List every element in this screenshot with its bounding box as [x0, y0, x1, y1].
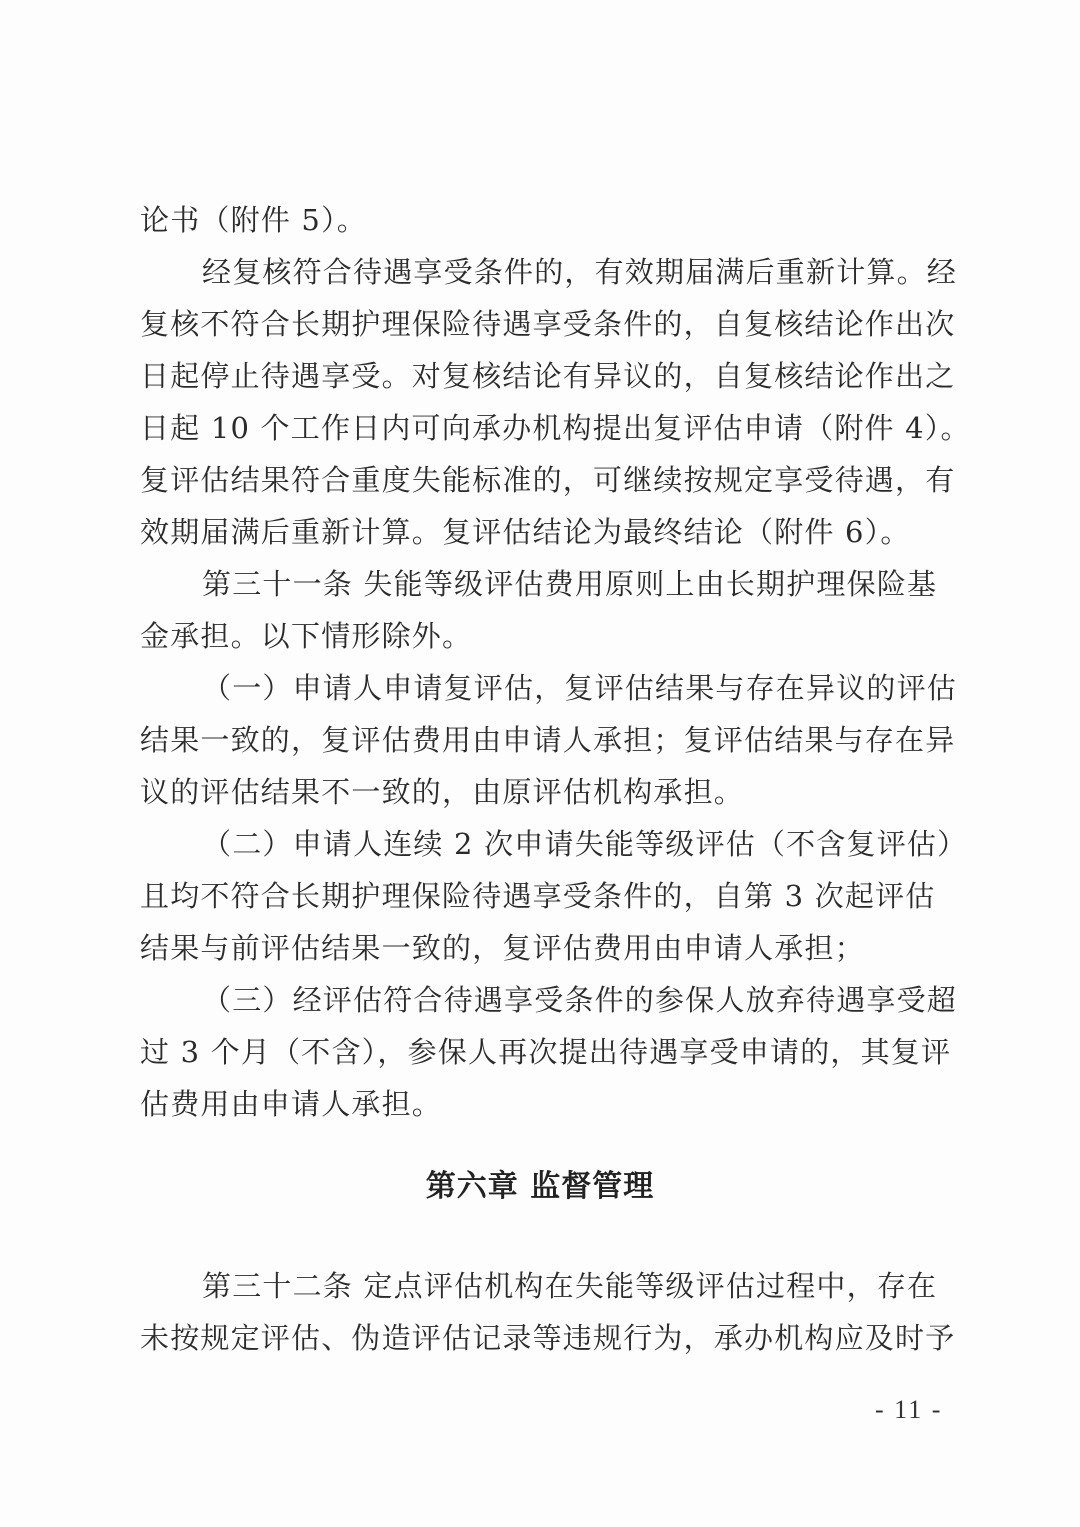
paragraph-line: （一）申请人申请复评估，复评估结果与存在异议的评估: [202, 670, 922, 706]
article-number: 第三十一条: [202, 567, 353, 601]
article-number: 第三十二条: [202, 1269, 353, 1303]
paragraph-line: 金承担。以下情形除外。: [140, 618, 922, 654]
page-number: - 11 -: [875, 1393, 942, 1427]
paragraph-line: 未按规定评估、伪造评估记录等违规行为，承办机构应及时予: [140, 1320, 922, 1356]
paragraph-line: 结果一致的，复评估费用由申请人承担；复评估结果与存在异: [140, 722, 922, 758]
paragraph-line: 议的评估结果不一致的，由原评估机构承担。: [140, 774, 922, 810]
chapter-heading: 第六章 监督管理: [0, 1168, 1080, 1206]
paragraph-line: 复核不符合长期护理保险待遇享受条件的，自复核结论作出次: [140, 306, 922, 342]
article-text: 定点评估机构在失能等级评估过程中，存在: [353, 1269, 937, 1303]
article-text: 失能等级评估费用原则上由长期护理保险基: [353, 567, 937, 601]
paragraph-line: （三）经评估符合待遇享受条件的参保人放弃待遇享受超: [202, 982, 922, 1018]
document-page: 论书（附件 5）。 经复核符合待遇享受条件的，有效期届满后重新计算。经 复核不符…: [0, 0, 1080, 1527]
article-31-line: 第三十一条 失能等级评估费用原则上由长期护理保险基: [202, 566, 922, 602]
paragraph-line: 结果与前评估结果一致的，复评估费用由申请人承担；: [140, 930, 922, 966]
paragraph-line: 估费用由申请人承担。: [140, 1086, 922, 1122]
paragraph-line: 复评估结果符合重度失能标准的，可继续按规定享受待遇，有: [140, 462, 922, 498]
paragraph-line: 经复核符合待遇享受条件的，有效期届满后重新计算。经: [202, 254, 922, 290]
paragraph-line: 日起 10 个工作日内可向承办机构提出复评估申请（附件 4）。: [140, 410, 922, 446]
paragraph-line: （二）申请人连续 2 次申请失能等级评估（不含复评估）: [202, 826, 922, 862]
paragraph-line: 效期届满后重新计算。复评估结论为最终结论（附件 6）。: [140, 514, 922, 550]
paragraph-line: 过 3 个月（不含），参保人再次提出待遇享受申请的，其复评: [140, 1034, 922, 1070]
paragraph-line: 日起停止待遇享受。对复核结论有异议的，自复核结论作出之: [140, 358, 922, 394]
article-32-line: 第三十二条 定点评估机构在失能等级评估过程中，存在: [202, 1268, 922, 1304]
paragraph-line: 且均不符合长期护理保险待遇享受条件的，自第 3 次起评估: [140, 878, 922, 914]
paragraph-line: 论书（附件 5）。: [140, 202, 922, 238]
